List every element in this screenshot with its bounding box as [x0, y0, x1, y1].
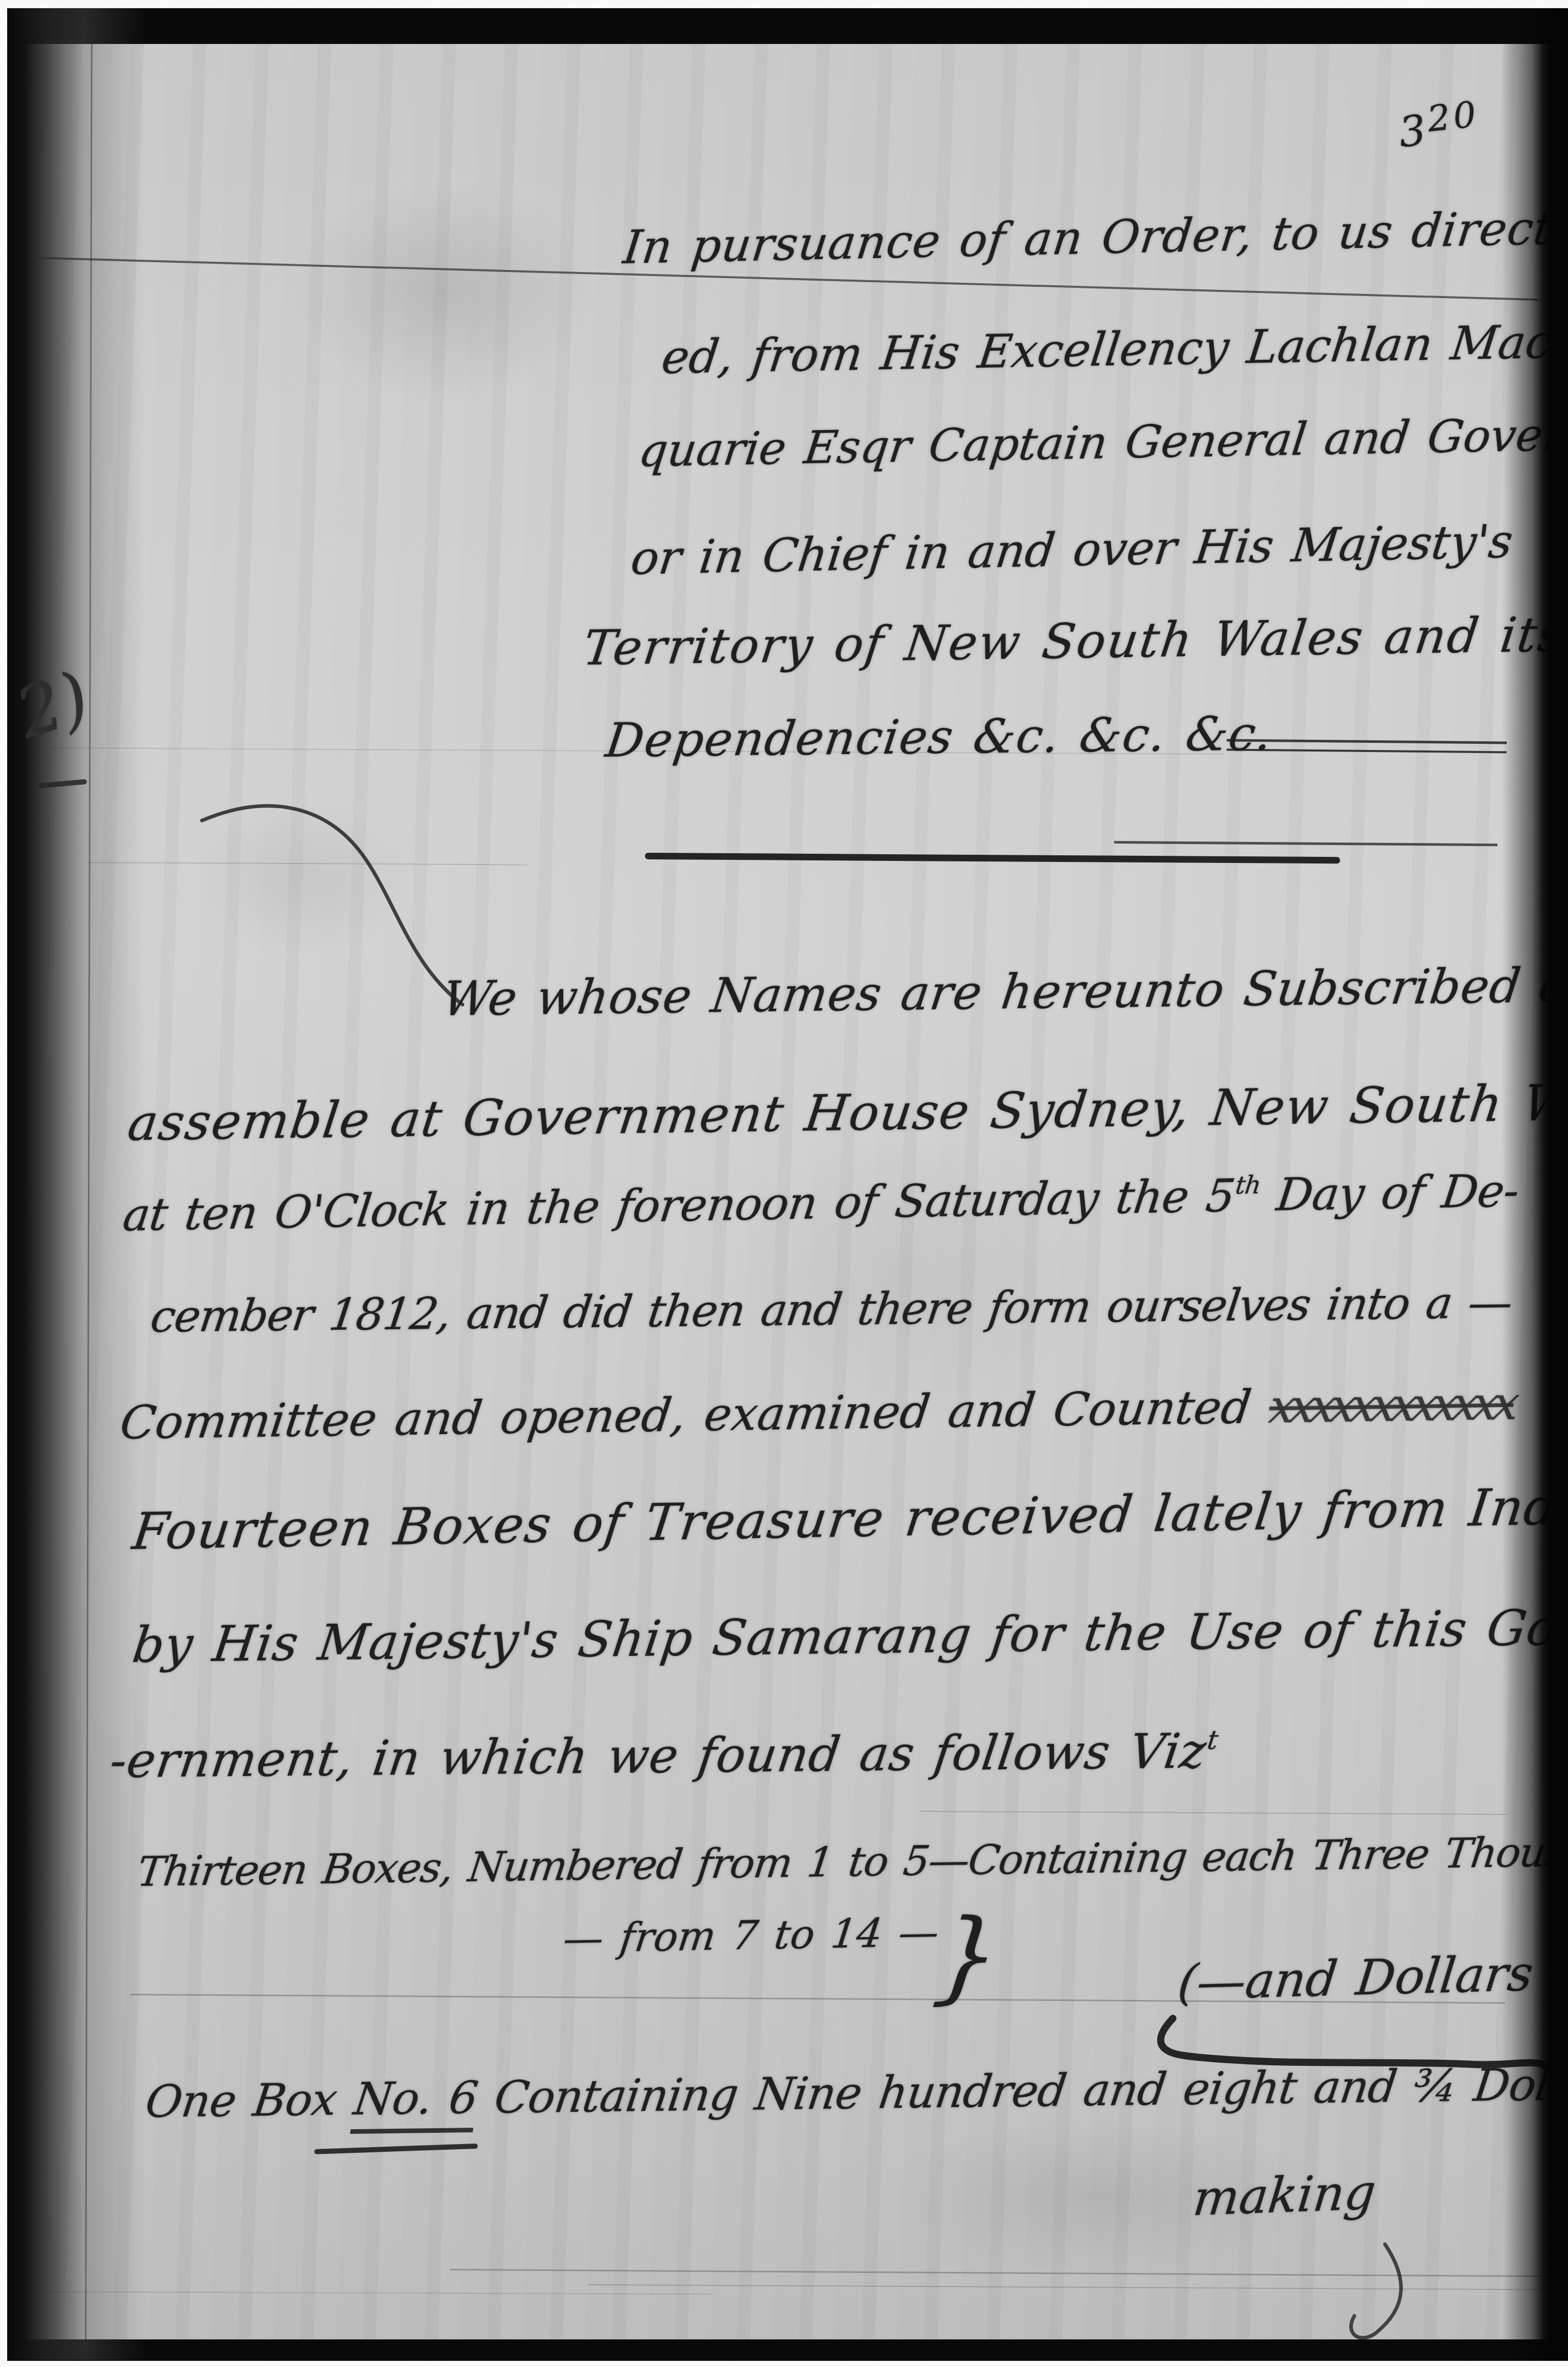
scan-border-top	[7, 8, 1568, 44]
opening-flourish	[194, 798, 480, 1017]
page-number: 320	[1396, 97, 1482, 154]
body-line-10: — from 7 to 14 —}	[555, 1905, 1005, 2013]
body-line-10-text: — from 7 to 14 —	[561, 1909, 941, 1962]
body-line-12-text: One Box	[143, 2073, 358, 2128]
manuscript-scan: 320 2) In pursuance of an Order, to us d…	[0, 0, 1568, 2367]
making-tail-flourish	[1288, 2239, 1421, 2341]
scratched-out-text: xxxxxxxxxxxx	[1266, 1377, 1517, 1434]
binding-gutter-shadow	[7, 8, 145, 2360]
heading-line-6: Dependencies &c. &c. &c.	[603, 710, 1276, 764]
body-line-3-superscript: th	[1234, 1171, 1262, 1200]
body-line-3-rest: Day of De-	[1256, 1164, 1522, 1221]
page-number-part-2: 20	[1425, 94, 1481, 140]
body-line-11: (—and Dollars	[1175, 1950, 1535, 2008]
body-line-1: We whose Names are hereunto Subscribed d…	[440, 961, 1568, 1023]
scan-border-right	[1502, 8, 1568, 2360]
heading-line-5: Territory of New South Wales and its	[581, 611, 1567, 673]
body-line-13: making	[1191, 2168, 1378, 2223]
body-line-4: cember 1812, and did then and there form…	[148, 1281, 1514, 1339]
body-line-8-text: -ernment, in which we found as follows V…	[107, 1723, 1210, 1789]
scan-border-bottom	[7, 2339, 1568, 2361]
box-number-underlined: No. 6	[350, 2072, 480, 2134]
body-line-8: -ernment, in which we found as follows V…	[107, 1727, 1220, 1785]
page-number-part-1: 3	[1397, 106, 1432, 157]
